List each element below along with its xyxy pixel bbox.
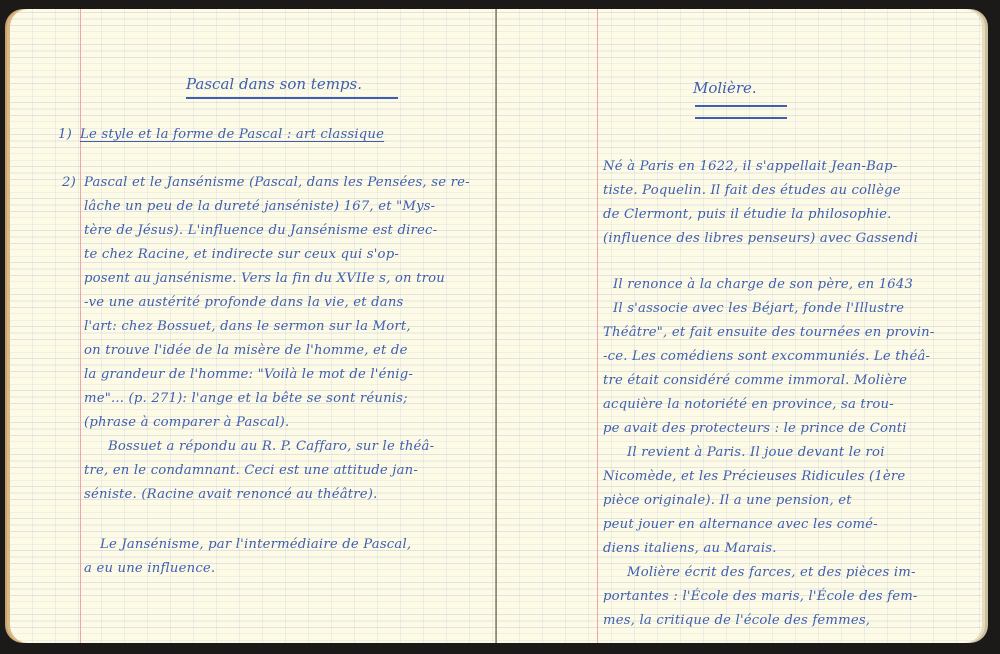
section-2-line: on trouve l'idée de la misère de l'homme… [84,343,408,358]
paragraph-line: Il renonce à la charge de son père, en 1… [613,277,913,292]
section-2-line: te chez Racine, et indirecte sur ceux qu… [84,247,399,262]
paragraph-line: peut jouer en alternance avec les comé- [603,517,878,532]
section-2-line: -ve une austérité profonde dans la vie, … [84,295,404,310]
paragraph-line: pièce originale). Il a une pension, et [603,493,852,508]
section-2-line: la grandeur de l'homme: "Voilà le mot de… [84,367,413,382]
section-2-line: Pascal et le Jansénisme (Pascal, dans le… [84,175,470,190]
paragraph-line: mes, la critique de l'école des femmes, [603,613,870,628]
paragraph-line: portantes : l'École des maris, l'École d… [603,589,918,604]
paragraph-line: de Clermont, puis il étudie la philosoph… [603,207,892,222]
paragraph-line: diens italiens, au Marais. [603,541,777,556]
paragraph-line: Il revient à Paris. Il joue devant le ro… [627,445,885,460]
title-underline [186,97,398,99]
section-2-line: séniste. (Racine avait renoncé au théâtr… [84,487,378,502]
section-1-number: 1) [58,127,72,142]
section-2-line: me"... (p. 271): l'ange et la bête se so… [84,391,408,406]
paragraph-line: tre était considéré comme immoral. Moliè… [603,373,907,388]
title-underline [695,105,787,107]
conclusion-line: a eu une influence. [84,561,215,576]
right-page-title: Molière. [693,79,757,97]
paragraph-line: Il s'associe avec les Béjart, fonde l'Il… [613,301,904,316]
section-2-number: 2) [62,175,76,190]
paragraph-line: (influence des libres penseurs) avec Gas… [603,231,918,246]
section-2-line: posent au jansénisme. Vers la fin du XVI… [84,271,445,286]
right-page: Molière. Né à Paris en 1622, il s'appell… [497,9,982,643]
paragraph-line: Nicomède, et les Précieuses Ridicules (1… [603,469,905,484]
section-2-line: lâche un peu de la dureté janséniste) 16… [84,199,435,214]
paragraph-line: Né à Paris en 1622, il s'appellait Jean-… [603,159,897,174]
paragraph-line: tiste. Poquelin. Il fait des études au c… [603,183,901,198]
left-page-title: Pascal dans son temps. [186,75,362,93]
paragraph-line: Théâtre", et fait ensuite des tournées e… [603,325,935,340]
paragraph-line: -ce. Les comédiens sont excommuniés. Le … [603,349,930,364]
section-2-line: (phrase à comparer à Pascal). [84,415,289,430]
left-page: Pascal dans son temps. 1) Le style et la… [10,9,496,643]
section-2-line: tre, en le condamnant. Ceci est une atti… [84,463,418,478]
section-2-line: l'art: chez Bossuet, dans le sermon sur … [84,319,411,334]
section-2-line: Bossuet a répondu au R. P. Caffaro, sur … [108,439,434,454]
paragraph-line: Molière écrit des farces, et des pièces … [627,565,916,580]
section-2-line: tère de Jésus). L'influence du Jansénism… [84,223,437,238]
paragraph-line: acquière la notoriété en province, sa tr… [603,397,894,412]
margin-rule [80,9,81,643]
open-notebook: Pascal dans son temps. 1) Le style et la… [10,9,990,645]
section-1-heading: Le style et la forme de Pascal : art cla… [80,127,384,142]
title-double-underline [695,117,787,119]
paragraph-line: pe avait des protecteurs : le prince de … [603,421,907,436]
margin-rule [597,9,598,643]
conclusion-line: Le Jansénisme, par l'intermédiaire de Pa… [100,537,411,552]
